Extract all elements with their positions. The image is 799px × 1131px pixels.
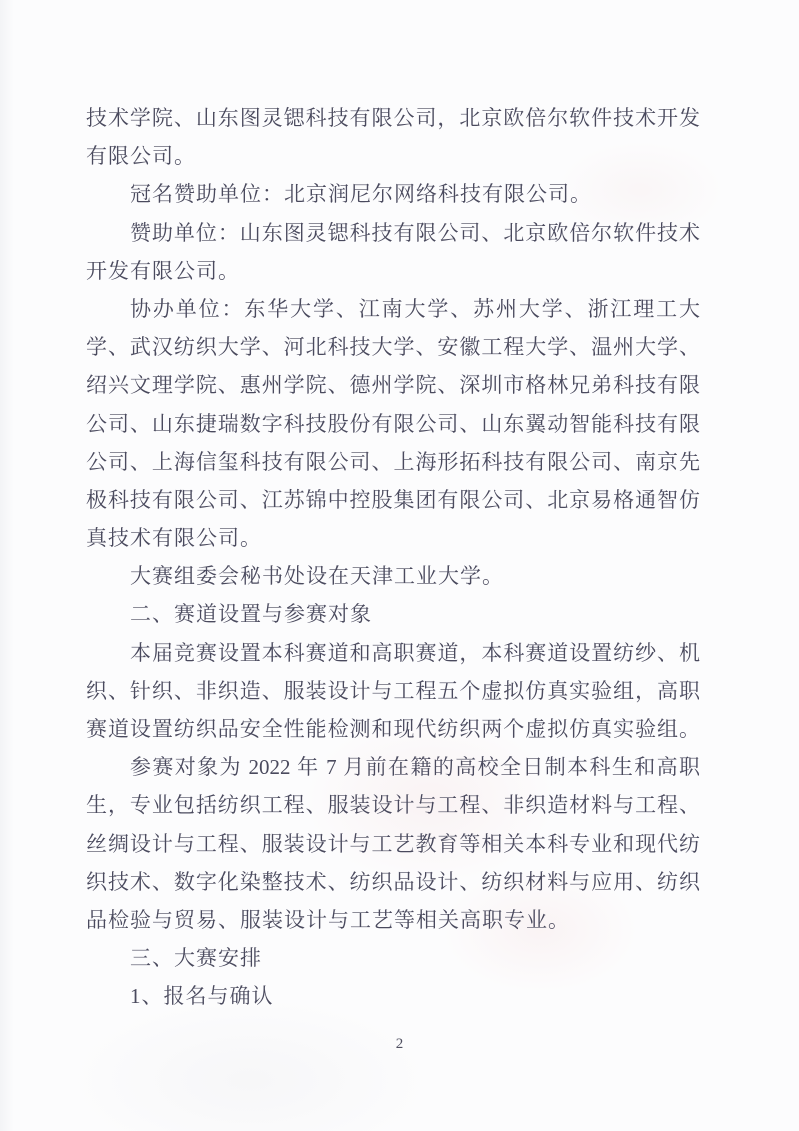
text-line: 协办单位：东华大学、江南大学、苏州大学、浙江理工大 [86, 290, 700, 328]
text-line: 织、针织、非织造、服装设计与工程五个虚拟仿真实验组，高职 [86, 672, 700, 710]
document-body: 技术学院、山东图灵锶科技有限公司，北京欧倍尔软件技术开发 有限公司。 冠名赞助单… [86, 99, 700, 1016]
text-line: 大赛组委会秘书处设在天津工业大学。 [86, 557, 700, 595]
text-line: 极科技有限公司、江苏锦中控股集团有限公司、北京易格通智仿 [86, 481, 700, 519]
text-line: 赛道设置纺织品安全性能检测和现代纺织两个虚拟仿真实验组。 [86, 710, 700, 748]
text-line: 有限公司。 [86, 137, 700, 175]
text-line: 真技术有限公司。 [86, 519, 700, 557]
text-line: 赞助单位：山东图灵锶科技有限公司、北京欧倍尔软件技术 [86, 214, 700, 252]
section-heading: 二、赛道设置与参赛对象 [86, 595, 700, 633]
text-line: 丝绸设计与工程、服装设计与工艺教育等相关本科专业和现代纺 [86, 825, 700, 863]
text-line: 学、武汉纺织大学、河北科技大学、安徽工程大学、温州大学、 [86, 328, 700, 366]
subsection-heading: 1、报名与确认 [86, 977, 700, 1015]
text-line: 织技术、数字化染整技术、纺织品设计、纺织材料与应用、纺织 [86, 863, 700, 901]
text-line: 绍兴文理学院、惠州学院、德州学院、深圳市格林兄弟科技有限 [86, 366, 700, 404]
text-line: 公司、山东捷瑞数字科技股份有限公司、山东翼动智能科技有限 [86, 405, 700, 443]
text-line: 开发有限公司。 [86, 252, 700, 290]
text-line: 本届竞赛设置本科赛道和高职赛道，本科赛道设置纺纱、机 [86, 634, 700, 672]
text-line: 技术学院、山东图灵锶科技有限公司，北京欧倍尔软件技术开发 [86, 99, 700, 137]
text-line: 公司、上海信玺科技有限公司、上海形拓科技有限公司、南京先 [86, 443, 700, 481]
text-line: 冠名赞助单位：北京润尼尔网络科技有限公司。 [86, 175, 700, 213]
text-line: 生，专业包括纺织工程、服装设计与工程、非织造材料与工程、 [86, 786, 700, 824]
text-line: 品检验与贸易、服装设计与工艺等相关高职专业。 [86, 901, 700, 939]
document-page: 技术学院、山东图灵锶科技有限公司，北京欧倍尔软件技术开发 有限公司。 冠名赞助单… [0, 0, 799, 1131]
text-line: 参赛对象为 2022 年 7 月前在籍的高校全日制本科生和高职 [86, 748, 700, 786]
page-number: 2 [0, 1036, 799, 1053]
section-heading: 三、大赛安排 [86, 939, 700, 977]
